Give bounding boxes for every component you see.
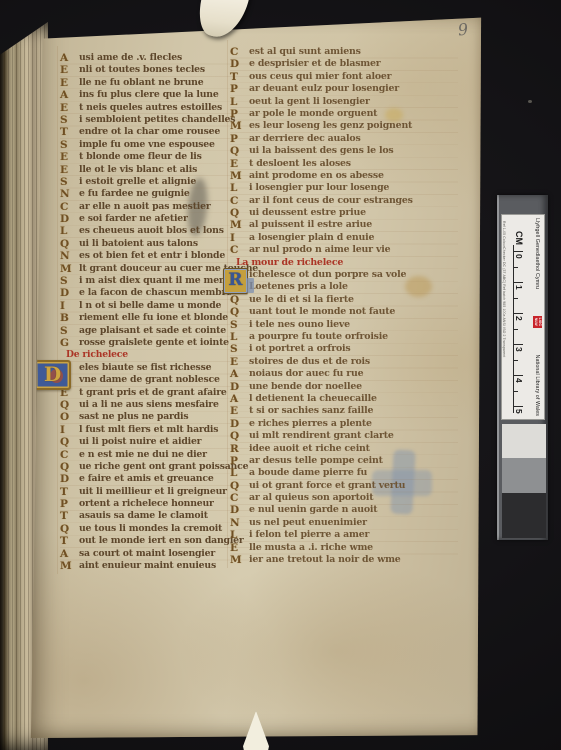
library-names-row: Llyfrgell Genedlaethol Cymru LlGC NLW Na… [532, 218, 543, 416]
cm-number: 1 [515, 285, 525, 290]
pen-initial: P [230, 83, 244, 95]
pen-initial: Q [230, 306, 244, 318]
pen-initial: I [230, 232, 244, 244]
verse-text: lle ne fu oblant ne brune [79, 77, 203, 89]
pen-initial: C [230, 244, 244, 256]
verse-text: l detienent la cheuecaille [249, 393, 377, 405]
pen-initial: S [60, 176, 74, 188]
pen-initial: A [60, 89, 74, 101]
pen-initial: Q [230, 430, 244, 442]
verse-text: es leur loseng les genz poignent [249, 120, 412, 132]
illuminated-initial-d: D [34, 360, 71, 390]
cm-number: 3 [515, 347, 525, 352]
pen-initial: M [60, 263, 74, 275]
rubric-line: La mour de richelece [230, 257, 458, 269]
verse-text: t blonde ome fleur de lis [79, 151, 202, 163]
illuminated-initial-r: R [223, 268, 248, 294]
verse-text: rosse graislete gente et iointe [79, 337, 229, 349]
initial-letter: D [36, 362, 69, 387]
pen-initial: D [230, 504, 244, 516]
pen-initial: E [60, 164, 74, 176]
verse-text: oeut la gent li losengier [249, 96, 370, 108]
cm-half-tick [513, 329, 518, 330]
pen-initial: A [230, 368, 244, 380]
pen-initial: E [230, 542, 244, 554]
text-line: Tous ceus qui mier font aloer [230, 71, 458, 83]
cm-number: 0 [515, 254, 525, 259]
pen-initial: M [230, 120, 244, 132]
verse-text: us nel peut enuenimier [249, 517, 367, 529]
grayscale-patch-white [502, 424, 546, 458]
text-line: Nus nel peut enuenimier [230, 517, 458, 529]
cm-half-tick [513, 360, 518, 361]
text-line: Li losengier pur lour losenge [230, 182, 458, 194]
pen-initial: A [60, 52, 74, 64]
library-name-english: National Library of Wales [535, 355, 541, 416]
pen-initial: C [60, 201, 74, 213]
nlw-logo: LlGC NLW [533, 316, 543, 329]
cm-tick [513, 375, 523, 376]
pen-initial: M [230, 219, 244, 231]
pen-initial: Q [60, 399, 74, 411]
text-line: Mal puissent il estre ariue [230, 219, 458, 231]
text-line: La boude dame pierre fu [230, 467, 458, 479]
verse-text: e fu fardee ne guignie [79, 188, 190, 200]
pen-initial: T [60, 535, 74, 547]
pen-initial: S [60, 275, 74, 287]
pen-initial: C [60, 449, 74, 461]
pen-initial: S [230, 319, 244, 331]
pen-initial: Q [60, 238, 74, 250]
pen-initial: L [230, 96, 244, 108]
text-line: Quant tout le monde not faute [230, 306, 458, 318]
pen-initial: G [60, 337, 74, 349]
pen-initial: E [230, 405, 244, 417]
verse-text: stoires de dus et de rois [249, 356, 370, 368]
cm-scale: CM 012345 [511, 215, 532, 419]
verse-text: sast ne plus ne pardis [79, 411, 188, 423]
text-line: Qui mlt rendirent grant clarte [230, 430, 458, 442]
verse-text: ar al quieus son aportoit [249, 492, 373, 504]
text-line: Et si or sachies sanz faille [230, 405, 458, 417]
verse-text: sa court ot maint losengier [79, 548, 215, 560]
nlw-logo-line1: LlGC [538, 318, 542, 327]
verse-text: idee auoit et riche ceint [249, 443, 370, 455]
text-line: Dune bende dor noellee [230, 381, 458, 393]
text-line: Par pole le monde orguent [230, 108, 458, 120]
verse-text: imple fu ome vne espousee [79, 139, 215, 151]
ruler-label-content: Llyfrgell Genedlaethol Cymru LlGC NLW Na… [502, 215, 544, 419]
pen-initial: L [230, 182, 244, 194]
verse-text: t neis queles autres estoilles [79, 102, 222, 114]
verse-text: uant tout le monde not faute [249, 306, 395, 318]
verse-text: ier ane tretout la noir de wme [249, 554, 401, 566]
pen-initial: T [60, 126, 74, 138]
verse-text: ui la baissent des gens le los [249, 145, 394, 157]
cm-half-tick [513, 391, 518, 392]
cm-number: 2 [515, 316, 525, 321]
pen-initial: R [230, 443, 244, 455]
verse-text: es cheueus auoit blos et lons [79, 225, 224, 237]
verse-text: l fust mlt fiers et mlt hardis [79, 424, 218, 436]
verse-text: lle musta a .i. riche wme [249, 542, 373, 554]
verse-text: es ot bien fet et entr i blonde [79, 250, 225, 262]
pen-initial: S [60, 114, 74, 126]
grayscale-patch-gray [502, 458, 546, 493]
text-line: Loetenes pris a lole [230, 281, 458, 293]
verse-text: ue tous li mondes la cremoit [79, 523, 222, 535]
verse-text: une bende dor noellee [249, 381, 362, 393]
verse-text: ui a li ne aus siens mesfaire [79, 399, 219, 411]
cm-tick [513, 251, 523, 252]
pen-initial: T [60, 486, 74, 498]
verse-text: ar deuant eulz pour losengier [249, 83, 399, 95]
text-line: Ia losengier plain d enuie [230, 232, 458, 244]
text-line: De nul uenin garde n auoit [230, 504, 458, 516]
pen-initial: S [60, 139, 74, 151]
pen-initial: A [60, 548, 74, 560]
text-line: Mier ane tretout la noir de wme [230, 554, 458, 566]
pen-initial: A [230, 393, 244, 405]
verse-text: i losengier pur lour losenge [249, 182, 389, 194]
column-lines: Cest al qui sunt amiensDe desprisier et … [230, 46, 458, 566]
cm-tick [513, 406, 523, 407]
verse-text: i m aist diex quant il me membre [79, 275, 245, 287]
pen-initial: T [230, 71, 244, 83]
nlw-logo-line2: NLW [534, 318, 538, 326]
verse-text: ichelesce ot dun porpre sa vole [249, 269, 406, 281]
cm-number: 5 [515, 409, 525, 414]
text-line: De desprisier et de blasmer [230, 58, 458, 70]
text-line: Mes leur loseng les genz poignent [230, 120, 458, 132]
pen-initial: D [60, 473, 74, 485]
text-line: Par desus telle pompe ceint [230, 455, 458, 467]
pen-initial: E [60, 77, 74, 89]
photo-stage: 9 Ausi ame de .v. fleclesEnli ot toutes … [0, 0, 561, 750]
verse-text: noiaus dor auec fu rue [249, 368, 363, 380]
verse-text: e faire et amis et greuance [79, 473, 214, 485]
verse-text: ar pole le monde orguent [249, 108, 377, 120]
text-line: Al detienent la cheuecaille [230, 393, 458, 405]
cm-number: 4 [515, 378, 525, 383]
pen-initial: L [230, 331, 244, 343]
pen-initial: P [230, 108, 244, 120]
verse-text: ui mlt rendirent grant clarte [249, 430, 394, 442]
verse-text: i estoit grelle et alignie [79, 176, 196, 188]
cm-half-tick [513, 298, 518, 299]
pen-initial: Q [230, 145, 244, 157]
verse-text: vne dame de grant noblesce [79, 374, 220, 386]
verse-text: nli ot toutes bones tecles [79, 64, 205, 76]
verse-text: i ot portret a orfrois [249, 343, 350, 355]
text-line: Cest al qui sunt amiens [230, 46, 458, 58]
pen-initial: N [230, 517, 244, 529]
verse-text: ue riche gent ont grant poissance [79, 461, 248, 473]
pen-initial: Q [60, 436, 74, 448]
verse-text: e soi farder ne afetier [79, 213, 188, 225]
pen-initial: E [230, 356, 244, 368]
pen-initial: M [230, 554, 244, 566]
verse-text: e riches pierres a plente [249, 418, 372, 430]
pen-initial: L [60, 225, 74, 237]
verse-text: ortent a richelece honneur [79, 498, 214, 510]
verse-text: a losengier plain d enuie [249, 232, 374, 244]
pen-initial: Q [230, 294, 244, 306]
pen-initial: Q [230, 207, 244, 219]
verse-text: al puissent il estre ariue [249, 219, 372, 231]
pen-initial: O [60, 411, 74, 423]
verse-text: t si or sachies sanz faille [249, 405, 373, 417]
text-line: Qui deussent estre priue [230, 207, 458, 219]
text-line: Par deuant eulz pour losengier [230, 83, 458, 95]
pen-initial: E [60, 102, 74, 114]
text-line: Maint prodome en os abesse [230, 170, 458, 182]
text-line: Elle musta a .i. riche wme [230, 542, 458, 554]
text-line: Si tele nes ouno lieve [230, 319, 458, 331]
verse-text: ar elle n auoit pas mestier [79, 201, 211, 213]
text-line: La pourpre fu toute orfroisie [230, 331, 458, 343]
text-line: Et desloent les aloses [230, 158, 458, 170]
cm-tick [513, 282, 523, 283]
verse-text: ar nul prodo n aime leur vie [249, 244, 390, 256]
folio-number: 9 [457, 22, 469, 39]
text-line: Estoires de dus et de rois [230, 356, 458, 368]
text-line: Qui ot grant force et grant vertu [230, 480, 458, 492]
verse-text: e nul uenin garde n auoit [249, 504, 377, 516]
pen-initial: P [60, 498, 74, 510]
verse-text: asauis sa dame le clamoit [79, 510, 208, 522]
verse-text: aint prodome en os abesse [249, 170, 384, 182]
calibration-card: Llyfrgell Genedlaethol Cymru LlGC NLW Na… [497, 195, 548, 540]
text-line: Car il font ceus de cour estranges [230, 195, 458, 207]
pen-initial: P [230, 133, 244, 145]
verse-text: ui ot grant force et grant vertu [249, 480, 405, 492]
pen-initial: M [60, 560, 74, 572]
verse-text: ui li batoient aus talons [79, 238, 198, 250]
verse-text: ous ceus qui mier font aloer [249, 71, 391, 83]
pen-initial: E [60, 151, 74, 163]
cm-tick [513, 313, 523, 314]
verse-text: ui deussent estre priue [249, 207, 366, 219]
verse-text: lle ot le vis blanc et alis [79, 164, 197, 176]
pen-initial: C [230, 492, 244, 504]
grayscale-patch-black [502, 493, 546, 538]
pen-initial: N [60, 188, 74, 200]
cm-tick [513, 344, 523, 345]
ruler-label: Llyfrgell Genedlaethol Cymru LlGC NLW Na… [501, 214, 545, 420]
verse-text: usi ame de .v. flecles [79, 52, 182, 64]
verse-text: eles biaute se fist richesse [79, 362, 211, 374]
pen-initial: M [230, 170, 244, 182]
verse-text: e desprisier et de blasmer [249, 58, 381, 70]
pen-initial: Q [60, 523, 74, 535]
fine-print: Ref 1-05 ColourChecker DC (37 ABC) Ref b… [502, 221, 506, 415]
verse-text: i tele nes ouno lieve [249, 319, 350, 331]
pen-initial: D [230, 418, 244, 430]
verse-text: riement elle fu ione et blonde [79, 312, 228, 324]
verse-text: age plaisant et sade et cointe [79, 325, 226, 337]
initial-letter: R [224, 269, 247, 292]
library-name-welsh: Llyfrgell Genedlaethol Cymru [535, 218, 541, 289]
text-line: ichelesce ot dun porpre sa vole [230, 269, 458, 281]
pen-initial: D [230, 58, 244, 70]
text-column-right: Cest al qui sunt amiensDe desprisier et … [230, 46, 458, 566]
verse-text: e n est mie ne dui ne dier [79, 449, 207, 461]
cm-half-tick [513, 267, 518, 268]
text-line: Qui la baissent des gens le los [230, 145, 458, 157]
pen-initial: D [60, 213, 74, 225]
pen-initial: D [60, 287, 74, 299]
text-line: Car al quieus son aportoit [230, 492, 458, 504]
verse-text: ar desus telle pompe ceint [249, 455, 383, 467]
verse-text: a boude dame pierre fu [249, 467, 367, 479]
pen-initial: C [230, 195, 244, 207]
pen-initial: I [60, 424, 74, 436]
dust-speck [528, 100, 532, 103]
verse-text: e la facon de chascun membre [79, 287, 232, 299]
verse-text: l n ot si belle dame u monde [79, 300, 221, 312]
text-line: Si ot portret a orfrois [230, 343, 458, 355]
verse-text: out le monde iert en son dangier [79, 535, 244, 547]
manuscript-page: 9 Ausi ame de .v. fleclesEnli ot toutes … [30, 14, 482, 738]
verse-text: ui li poist nuire et aidier [79, 436, 201, 448]
cm-unit-label: CM [514, 231, 524, 245]
pen-initial: T [60, 510, 74, 522]
text-line: Li felon tel pierre a amer [230, 529, 458, 541]
pen-initial: S [230, 343, 244, 355]
text-line: Loeut la gent li losengier [230, 96, 458, 108]
pen-initial: S [60, 325, 74, 337]
verse-text: endre ot la char ome rousee [79, 126, 220, 138]
verse-text: t desloent les aloses [249, 158, 351, 170]
verse-text: a pourpre fu toute orfroisie [249, 331, 388, 343]
verse-text: Loetenes pris a lole [249, 281, 348, 293]
verse-text: ar derriere dec aualos [249, 133, 361, 145]
pen-initial: N [60, 250, 74, 262]
verse-text: uit li meillieur et li greigneur [79, 486, 227, 498]
pen-initial: P [230, 455, 244, 467]
pen-initial: L [230, 529, 244, 541]
verse-text: ins fu plus clere que la lune [79, 89, 219, 101]
text-line: Ridee auoit et riche ceint [230, 443, 458, 455]
pen-initial: E [60, 64, 74, 76]
text-line: De riches pierres a plente [230, 418, 458, 430]
pen-initial: D [230, 381, 244, 393]
text-line: Car nul prodo n aime leur vie [230, 244, 458, 256]
verse-text: ar il font ceus de cour estranges [249, 195, 413, 207]
pen-initial: Q [230, 480, 244, 492]
verse-text: i sembloient petites chandelles [79, 114, 235, 126]
pen-initial: C [230, 46, 244, 58]
verse-text: i felon tel pierre a amer [249, 529, 369, 541]
pen-initial: B [60, 312, 74, 324]
pen-initial: I [60, 300, 74, 312]
pen-initial: Q [60, 461, 74, 473]
text-line: Par derriere dec aualos [230, 133, 458, 145]
verse-text: ue le di et si la fierte [249, 294, 354, 306]
pen-initial: L [230, 467, 244, 479]
pen-initial: E [230, 158, 244, 170]
verse-text: t grant pris et de grant afaire [79, 387, 227, 399]
verse-text: aint enuieur maint enuieus [79, 560, 216, 572]
text-line: A noiaus dor auec fu rue [230, 368, 458, 380]
verse-text: est al qui sunt amiens [249, 46, 361, 58]
text-line: Que le di et si la fierte [230, 294, 458, 306]
